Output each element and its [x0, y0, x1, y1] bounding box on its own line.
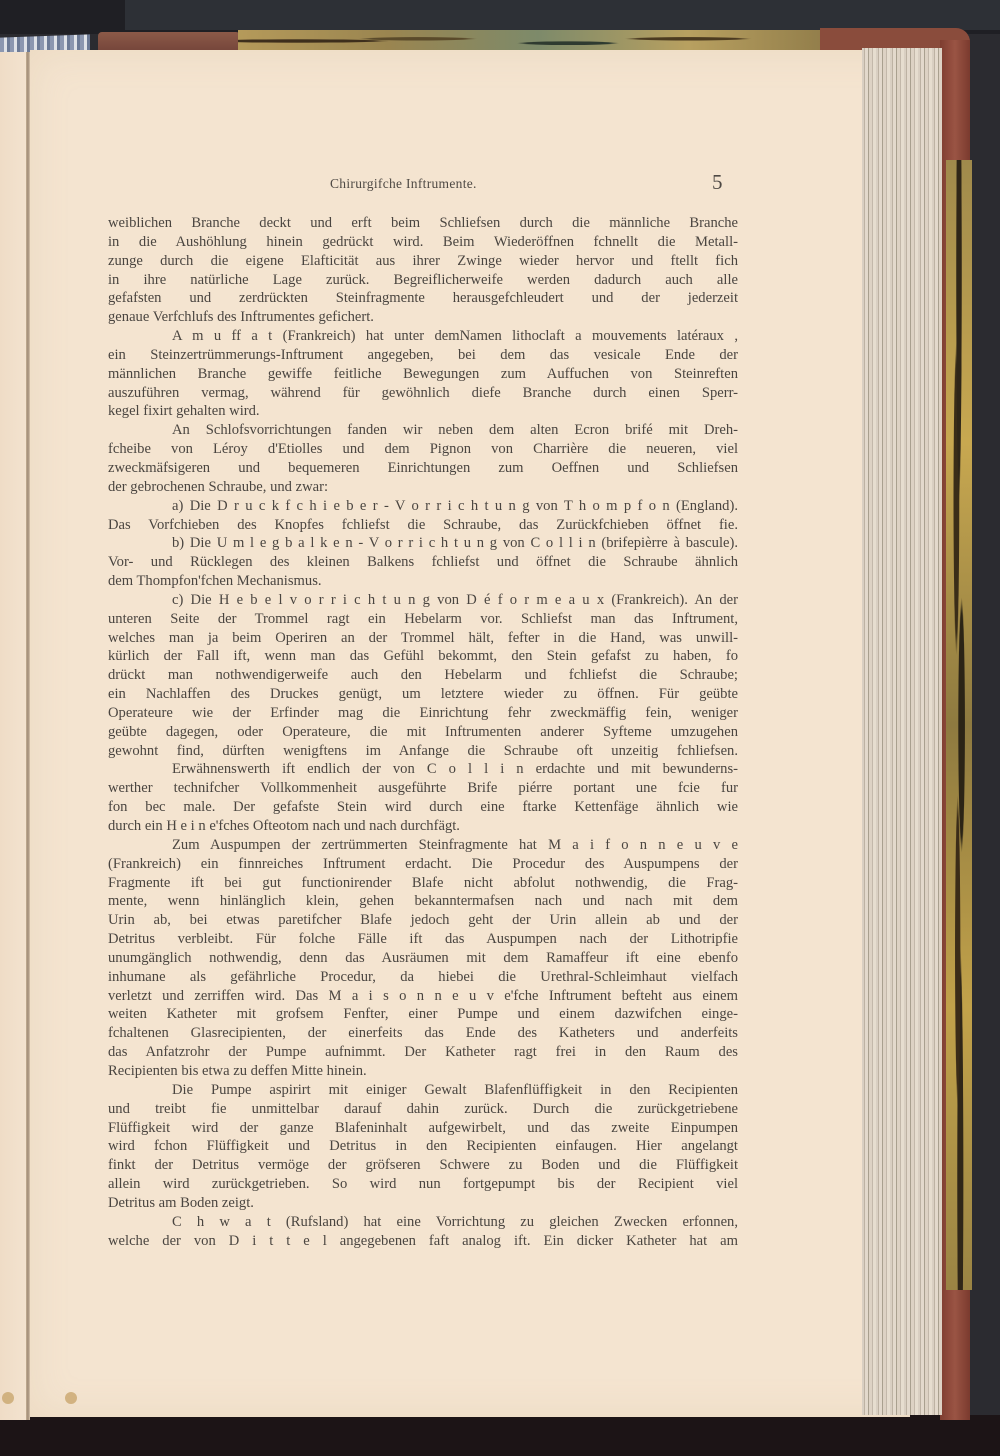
text-line: kegel fixirt gehalten wird.	[108, 402, 738, 421]
text-line: zweckmäfsigeren und bequemeren Einrichtu…	[108, 459, 738, 478]
text-line: weiten Katheter mit grofsem Fenfter, ein…	[108, 1005, 738, 1024]
scan-background-bottom	[0, 1415, 1000, 1456]
text-line: Erwähnenswerth ift endlich der von C o l…	[108, 760, 738, 779]
text-line: und treibt fie unmittelbar darauf dahin …	[108, 1100, 738, 1119]
text-line: Fragmente ift bei gut functionirender Bl…	[108, 874, 738, 893]
text-line: Die Pumpe aspirirt mit einiger Gewalt Bl…	[108, 1081, 738, 1100]
text-line: Detritus am Boden zeigt.	[108, 1194, 738, 1213]
paper-stain	[2, 1392, 14, 1404]
page-block-edges	[862, 48, 942, 1415]
text-line: ein Steinzertrümmerungs-Inftrument angeg…	[108, 346, 738, 365]
text-line: gefafsten und zerdrückten Steinfragmente…	[108, 289, 738, 308]
text-line: fon bec male. Der gefafste Stein wird du…	[108, 798, 738, 817]
text-line: Zum Auspumpen der zertrümmerten Steinfra…	[108, 836, 738, 855]
text-line: fcheibe von Léroy d'Etiolles und dem Pig…	[108, 440, 738, 459]
text-line: Operateure wie der Erfinder mag die Einr…	[108, 704, 738, 723]
text-line: Vor- und Rücklegen des kleinen Balkens f…	[108, 553, 738, 572]
book-cover-leather-top	[98, 32, 240, 52]
running-head: Chirurgifche Inftrumente.	[330, 176, 477, 192]
text-line: genaue Verfchlufs des Inftrumentes gefic…	[108, 308, 738, 327]
text-line: weiblichen Branche deckt und erft beim S…	[108, 214, 738, 233]
text-line: mente, wenn hinlänglich klein, gehen bek…	[108, 892, 738, 911]
paper-stain	[65, 1392, 77, 1404]
text-line: das Anfatzrohr der Pumpe aufnimmt. Der K…	[108, 1043, 738, 1062]
text-line: C h w a t (Rufsland) hat eine Vorrichtun…	[108, 1213, 738, 1232]
text-line: kürlich der Fall ift, wenn man das Gefüh…	[108, 647, 738, 666]
text-line: inhumane als gefährliche Procedur, da hi…	[108, 968, 738, 987]
text-line: werther technifcher Vollkommenheit ausge…	[108, 779, 738, 798]
text-line: b) Die U m l e g b a l k e n - V o r r i…	[108, 534, 738, 553]
text-line: a) Die D r u c k f c h i e b e r - V o r…	[108, 497, 738, 516]
text-line: zunge durch die eigene Elafticität aus i…	[108, 252, 738, 271]
text-line: dem Thompfon'fchen Mechanismus.	[108, 572, 738, 591]
book-cover-marbled-right	[946, 160, 972, 1290]
text-line: unumgänglich nothwendig, denn das Ausräu…	[108, 949, 738, 968]
book-cover-marbled-top	[238, 30, 838, 52]
text-line: A m u ff a t (Frankreich) hat unter demN…	[108, 327, 738, 346]
text-line: geübte dagegen, oder Operateure, die mit…	[108, 723, 738, 742]
page-number: 5	[712, 170, 723, 195]
text-line: ein Nachlaffen des Druckes genügt, um le…	[108, 685, 738, 704]
text-line: Das Vorfchieben des Knopfes fchliefst di…	[108, 516, 738, 535]
scan-background-top-right	[125, 0, 1000, 30]
text-line: Flüffigkeit wird der ganze Blafeninhalt …	[108, 1119, 738, 1138]
text-line: unteren Seite der Trommel ragt ein Hebel…	[108, 610, 738, 629]
text-line: allein wird zurückgetrieben. So wird nun…	[108, 1175, 738, 1194]
text-line: welches man ja beim Operiren an der Trom…	[108, 629, 738, 648]
text-line: verletzt und zerriffen wird. Das M a i s…	[108, 987, 738, 1006]
text-line: An Schlofsvorrichtungen fanden wir neben…	[108, 421, 738, 440]
text-line: männlichen Branche gewiffe feitliche Bew…	[108, 365, 738, 384]
left-page	[0, 52, 26, 1420]
text-line: Urin ab, bei etwas paretifcher Blafe jed…	[108, 911, 738, 930]
text-line: wird fchon Flüffigkeit und Detritus in d…	[108, 1137, 738, 1156]
text-line: welche der von D i t t e l angegebenen f…	[108, 1232, 738, 1251]
text-line: drückt man nothwendigerweife auch den He…	[108, 666, 738, 685]
text-line: in ihre natürliche Lage zurück. Begreifl…	[108, 271, 738, 290]
text-line: gewohnt find, dürften wenigftens im Anfa…	[108, 742, 738, 761]
text-line: der gebrochenen Schraube, und zwar:	[108, 478, 738, 497]
text-line: (Frankreich) ein finnreiches Inftrument …	[108, 855, 738, 874]
text-line: in die Aushöhlung hinein gedrückt wird. …	[108, 233, 738, 252]
body-text: weiblichen Branche deckt und erft beim S…	[108, 214, 738, 1250]
text-line: fchaltenen Glasrecipienten, der einerfei…	[108, 1024, 738, 1043]
text-line: c) Die H e b e l v o r r i c h t u n g v…	[108, 591, 738, 610]
text-line: Detritus verbleibt. Für folche Fälle ift…	[108, 930, 738, 949]
text-line: finkt der Detritus vermöge der gröfseren…	[108, 1156, 738, 1175]
text-line: Recipienten bis etwa zu deffen Mitte hin…	[108, 1062, 738, 1081]
text-line: auszuführen vermag, während für gewöhnli…	[108, 384, 738, 403]
text-line: durch ein H e i n e'fches Ofteotom nach …	[108, 817, 738, 836]
